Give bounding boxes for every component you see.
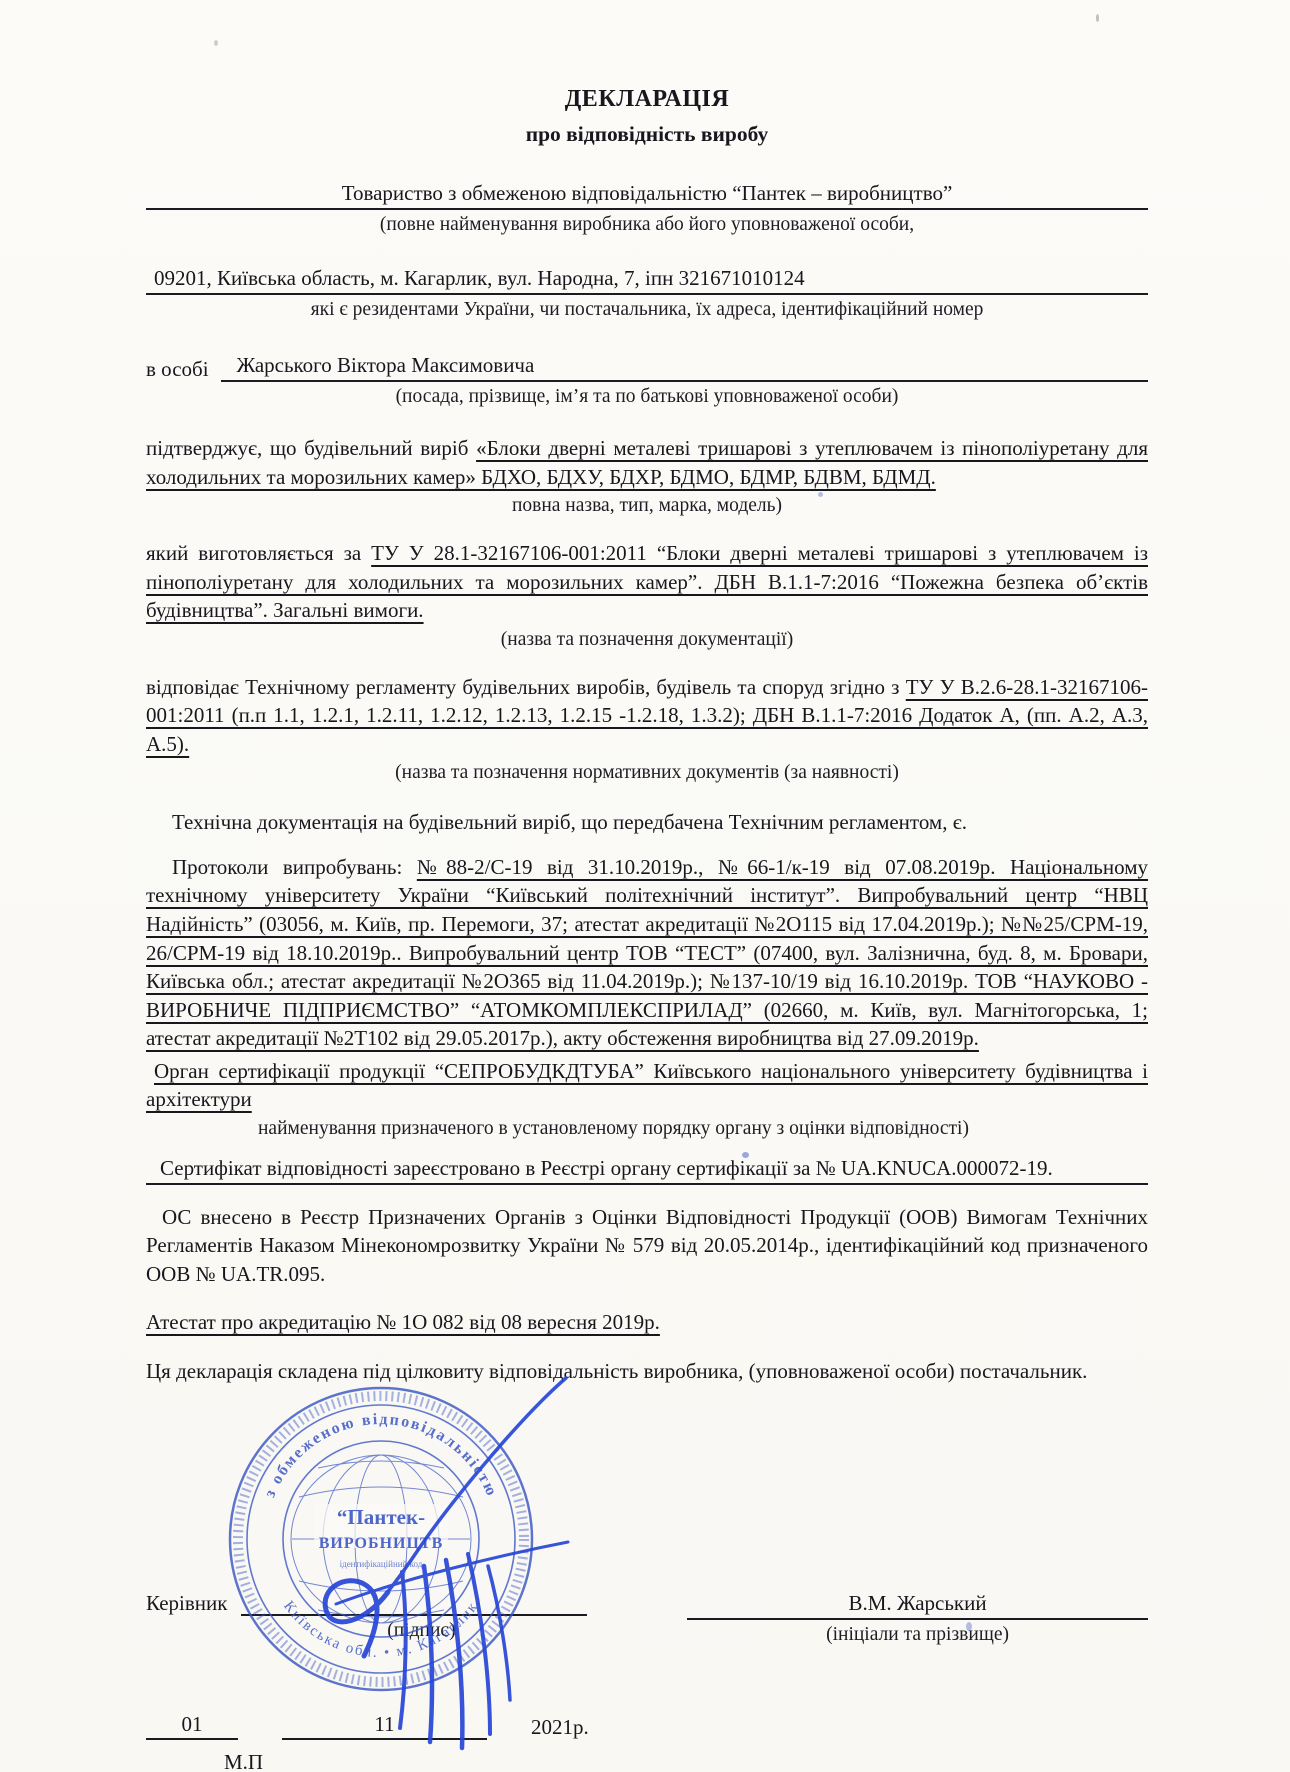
date-day: 01 (146, 1712, 238, 1740)
cert-registered-line: Сертифікат відповідності зареєстровано в… (146, 1156, 1148, 1185)
signature-left-block: Керівник (підпис) (146, 1591, 587, 1642)
initials-caption: (ініціали та прізвище) (687, 1624, 1148, 1646)
tech-doc-paragraph: Технічна документація на будівельний вир… (146, 808, 1148, 837)
cert-body-caption: найменування призначеного в установленом… (146, 1118, 1148, 1140)
person-value: Жарського Віктора Максимовича (221, 353, 1148, 382)
date-month: 11 (282, 1712, 487, 1740)
cert-registered-value: Сертифікат відповідності зареєстровано в… (160, 1156, 1053, 1180)
conformity-caption: (назва та позначення нормативних докумен… (146, 762, 1148, 784)
standard-paragraph: який виготовляється за ТУ У 28.1-3216710… (146, 539, 1148, 625)
scan-speck (1096, 14, 1099, 22)
address-value: 09201, Київська область, м. Кагарлик, ву… (154, 266, 805, 290)
conformity-paragraph: відповідає Технічному регламенту будівел… (146, 673, 1148, 759)
person-label: в особі (146, 357, 221, 382)
responsibility-paragraph: Ця декларація складена під цілковиту від… (146, 1357, 1148, 1386)
person-line: в особі Жарського Віктора Максимовича (146, 353, 1148, 382)
document-title: ДЕКЛАРАЦІЯ (146, 86, 1148, 113)
standard-caption: (назва та позначення документації) (146, 629, 1148, 651)
document-content: ДЕКЛАРАЦІЯ про відповідність виробу Това… (146, 86, 1148, 1772)
cert-body-value: Орган сертифікації продукції “СЕПРОБУДКД… (146, 1059, 1148, 1112)
initials-line: В.М. Жарський (687, 1591, 1148, 1620)
date-year: 2021р. (531, 1715, 589, 1740)
scan-speck (966, 1622, 972, 1631)
protocols-paragraph: Протоколи випробувань: №88-2/С-19 від 31… (146, 853, 1148, 1053)
scan-speck (214, 40, 218, 46)
attestation-value: Атестат про акредитацію № 1О 082 від 08 … (146, 1310, 660, 1334)
protocols-value: №88-2/С-19 від 31.10.2019р., №66-1/к-19 … (146, 855, 1148, 1050)
person-caption: (посада, прізвище, ім’я та по батькові у… (146, 386, 1148, 408)
leader-label: Керівник (146, 1591, 227, 1616)
signature-line (241, 1591, 586, 1616)
product-caption: повна назва, тип, марка, модель) (146, 495, 1148, 517)
conformity-lead: відповідає Технічному регламенту будівел… (146, 675, 899, 699)
address-caption: які є резидентами України, чи постачальн… (146, 299, 1148, 321)
document-subtitle: про відповідність виробу (146, 122, 1148, 147)
scanned-declaration-page: ДЕКЛАРАЦІЯ про відповідність виробу Това… (0, 0, 1290, 1772)
signature-right-block: В.М. Жарський (ініціали та прізвище) (687, 1591, 1148, 1646)
cert-body-paragraph: Орган сертифікації продукції “СЕПРОБУДКД… (146, 1057, 1148, 1114)
product-paragraph: підтверджує, що будівельний виріб «Блоки… (146, 434, 1148, 491)
date-row: 01 11 2021р. (146, 1712, 1148, 1740)
protocols-lead: Протоколи випробувань: (172, 855, 402, 879)
signature-row: Керівник (підпис) В.М. Жарський (ініціал… (146, 1591, 1148, 1646)
os-registry-paragraph: ОС внесено в Реєстр Призначених Органів … (146, 1203, 1148, 1289)
standard-lead: який виготовляється за (146, 541, 361, 565)
attestation-paragraph: Атестат про акредитацію № 1О 082 від 08 … (146, 1308, 1148, 1337)
manufacturer-line: Товариство з обмеженою відповідальністю … (146, 181, 1148, 210)
address-line: 09201, Київська область, м. Кагарлик, ву… (146, 266, 1148, 295)
manufacturer-caption: (повне найменування виробника або його у… (146, 214, 1148, 236)
product-lead: підтверджує, що будівельний виріб (146, 436, 468, 460)
scan-speck (742, 1152, 749, 1158)
signature-caption: (підпис) (256, 1620, 587, 1642)
seal-place-label: М.П (224, 1750, 1148, 1772)
manufacturer-value: Товариство з обмеженою відповідальністю … (342, 181, 953, 205)
scan-speck (818, 492, 823, 497)
